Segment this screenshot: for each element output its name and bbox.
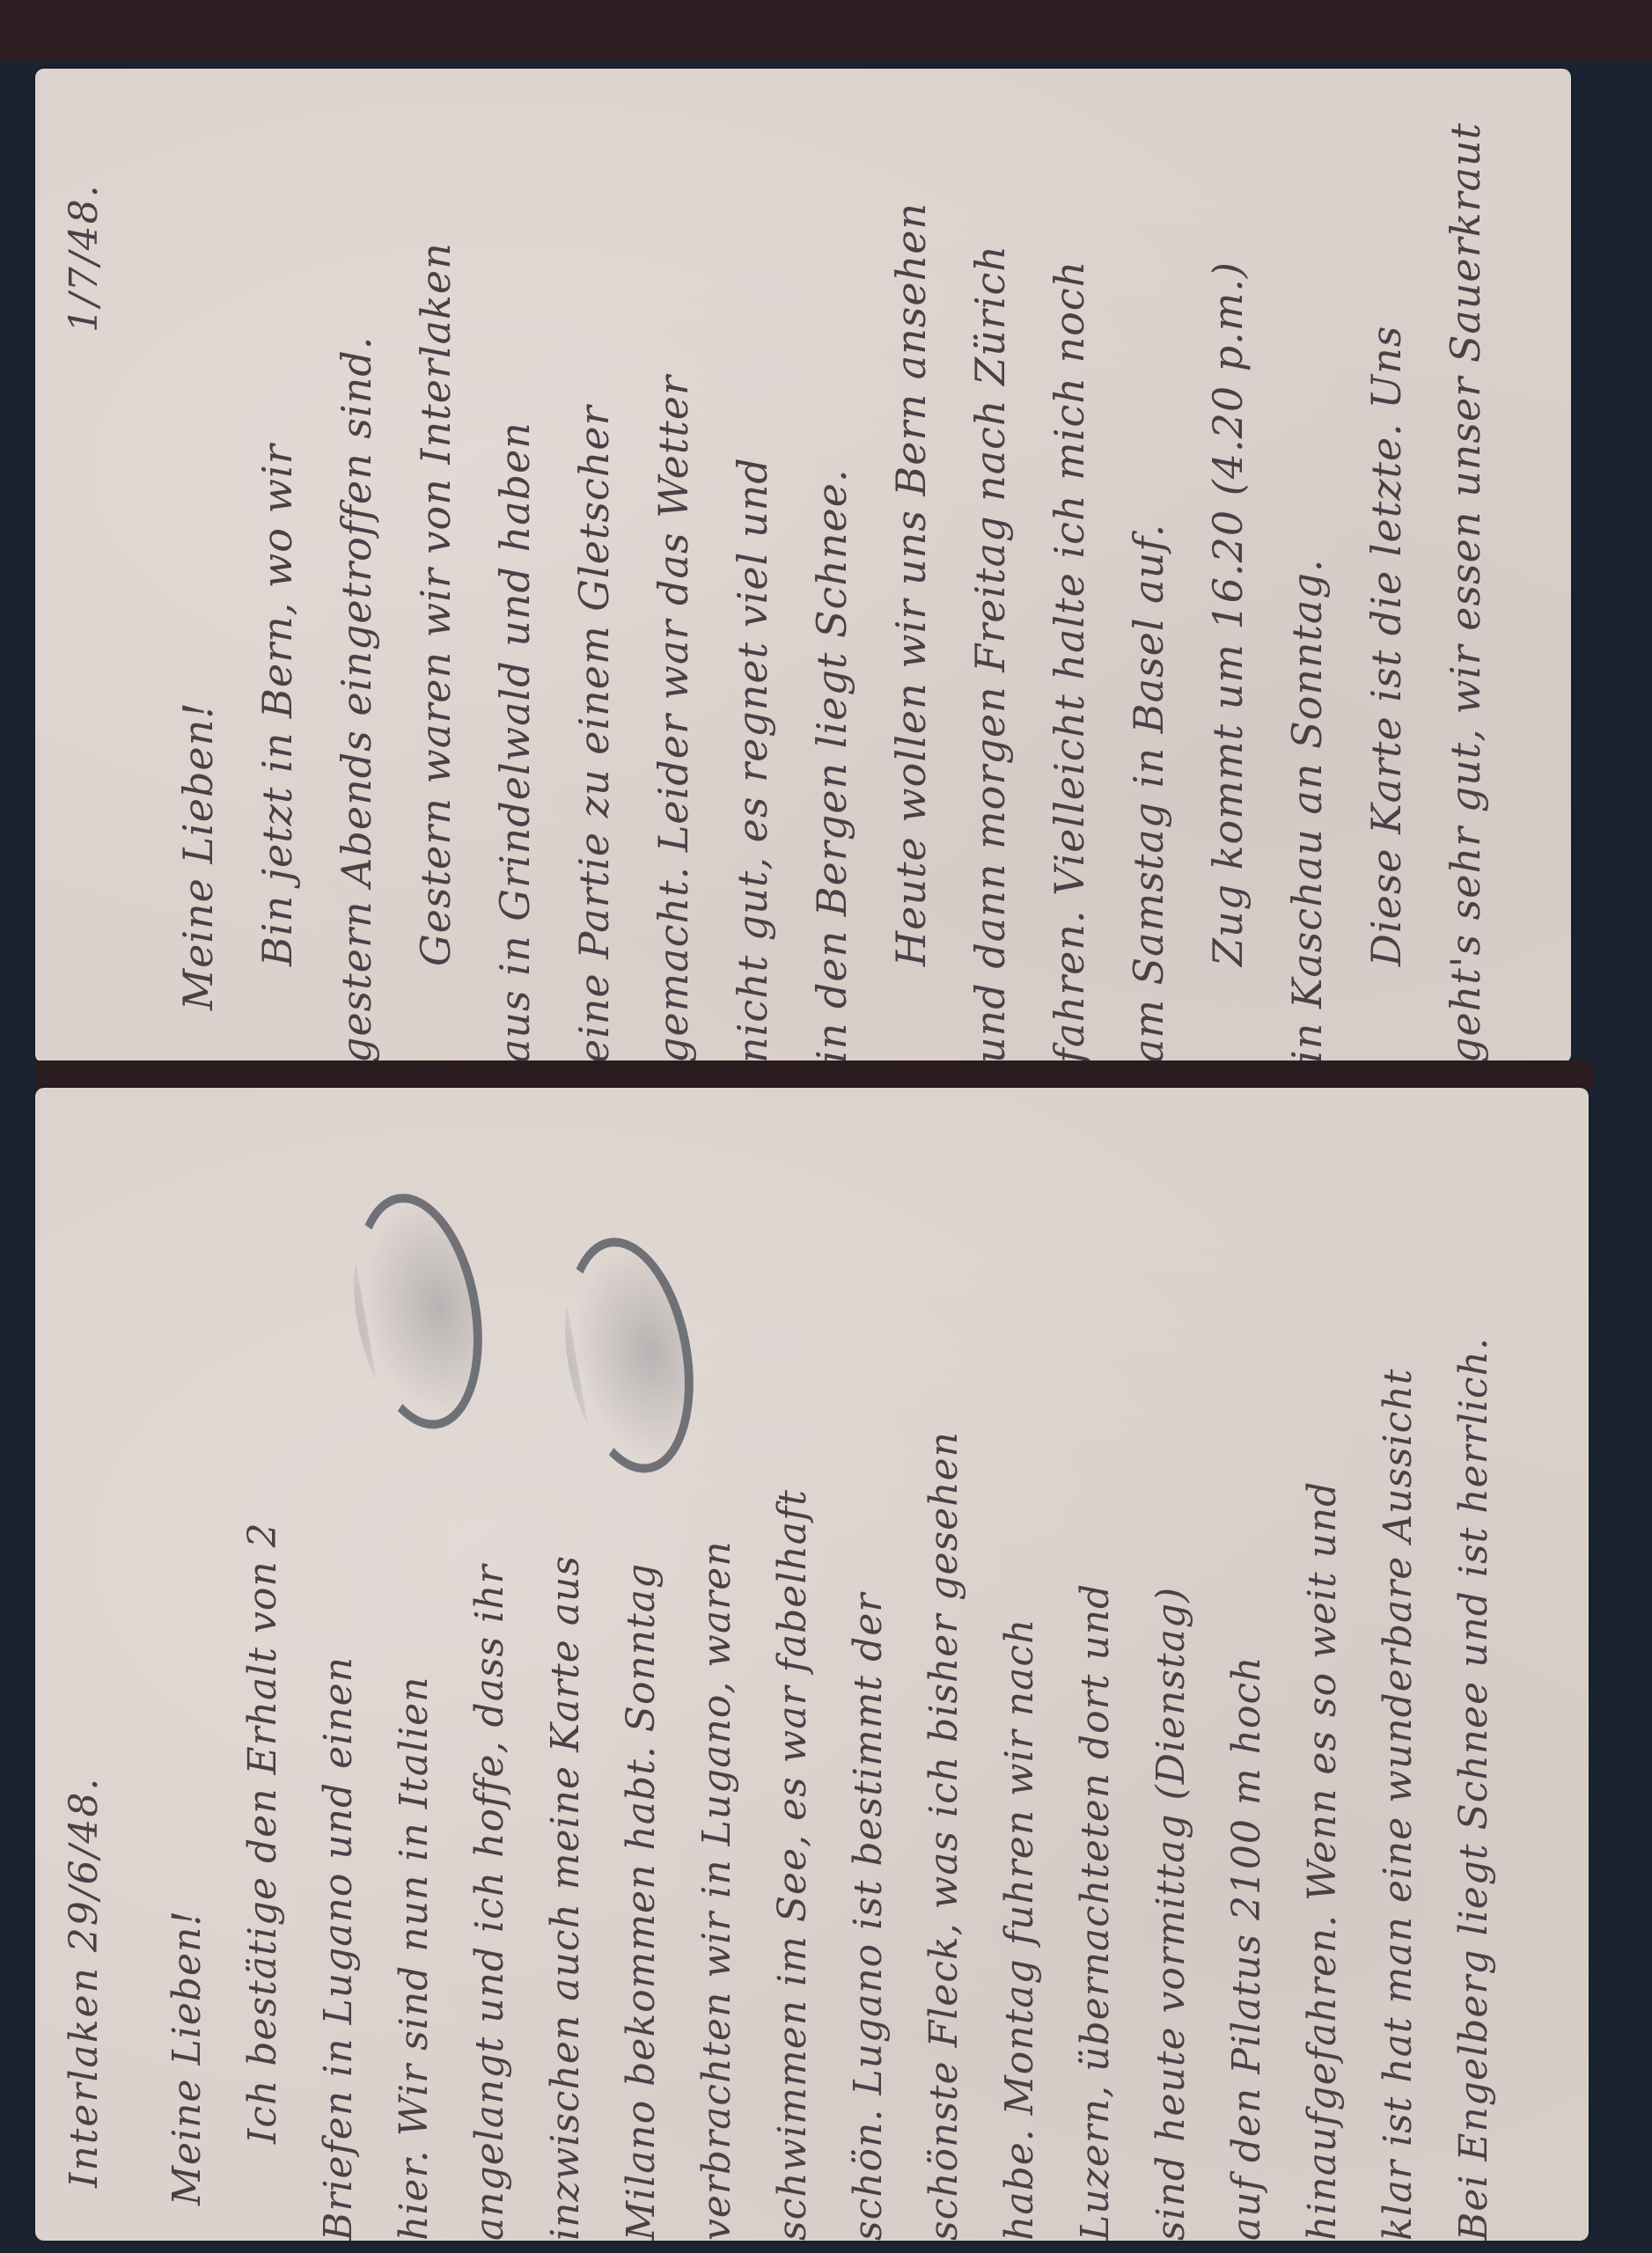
postcard-date-and-place: Interlaken 29/6/48.	[62, 1777, 106, 2188]
postcard-dated-1-7-48: 1/7/48. Meine Lieben! Bin jetzt in Bern,…	[35, 69, 1571, 1063]
text-line: Bin jetzt in Bern, wo wir	[238, 69, 317, 1063]
salutation: Meine Lieben!	[150, 1088, 225, 2241]
text-line: in Kaschau an Sonntag.	[1267, 69, 1347, 1063]
text-line: Luzern, übernachteten dort und	[1058, 1088, 1134, 2241]
text-line: am Samstag in Basel auf.	[1109, 69, 1188, 1063]
text-line: Zug kommt um 16.20 (4.20 p.m.)	[1188, 69, 1267, 1063]
text-line: Heute wollen wir uns Bern ansehen	[871, 69, 951, 1063]
text-line: habe. Montag fuhren wir nach	[982, 1088, 1058, 2241]
text-line: in den Bergen liegt Schnee.	[792, 69, 871, 1063]
text-line: hinaufgefahren. Wenn es so weit und	[1285, 1088, 1361, 2241]
text-line: fahren. Vielleicht halte ich mich noch	[1030, 69, 1109, 1063]
text-line: gemacht. Leider war das Wetter	[634, 69, 713, 1063]
text-line: Gestern waren wir von Interlaken	[396, 69, 475, 1063]
postcard-writing-surface: Interlaken 29/6/48. Meine Lieben! Ich be…	[35, 1088, 1589, 2241]
postcard-writing-surface: 1/7/48. Meine Lieben! Bin jetzt in Bern,…	[35, 69, 1571, 1063]
gap-between-cards	[35, 1060, 1593, 1089]
postcard-date: 1/7/48.	[62, 183, 106, 333]
text-line: sind heute vormittag (Dienstag)	[1134, 1088, 1209, 2241]
background-top-strip	[0, 0, 1652, 62]
text-line: Ich bestätige den Erhalt von 2	[225, 1088, 301, 2241]
postcard-dated-29-6-48: Interlaken 29/6/48. Meine Lieben! Ich be…	[35, 1088, 1589, 2241]
text-line: Diese Karte ist die letzte. Uns	[1347, 69, 1426, 1063]
salutation: Meine Lieben!	[158, 69, 238, 1063]
text-line: auf den Pilatus 2100 m hoch	[1209, 1088, 1285, 2241]
text-line: schönste Fleck, was ich bisher gesehen	[907, 1088, 982, 2241]
handwritten-lines: Meine Lieben! Bin jetzt in Bern, wo wir …	[158, 69, 1505, 1063]
text-line: schwimmen im See, es war fabelhaft	[755, 1088, 831, 2241]
handwritten-lines: Meine Lieben! Ich bestätige den Erhalt v…	[150, 1088, 1512, 2241]
text-line: gestern Abends eingetroffen sind.	[317, 69, 396, 1063]
text-line: geht's sehr gut, wir essen unser Sauerkr…	[1426, 69, 1505, 1063]
text-line: schön. Lugano ist bestimmt der	[831, 1088, 907, 2241]
text-line: eine Partie zu einem Gletscher	[554, 69, 634, 1063]
text-line: verbrachten wir in Lugano, waren	[679, 1088, 755, 2241]
text-line: klar ist hat man eine wunderbare Aussich…	[1361, 1088, 1436, 2241]
text-line: nicht gut, es regnet viel und	[713, 69, 792, 1063]
text-line: Bei Engelberg liegt Schnee und ist herrl…	[1436, 1088, 1512, 2241]
text-line: aus in Grindelwald und haben	[475, 69, 554, 1063]
text-line: und dann morgen Freitag nach Zürich	[951, 69, 1030, 1063]
